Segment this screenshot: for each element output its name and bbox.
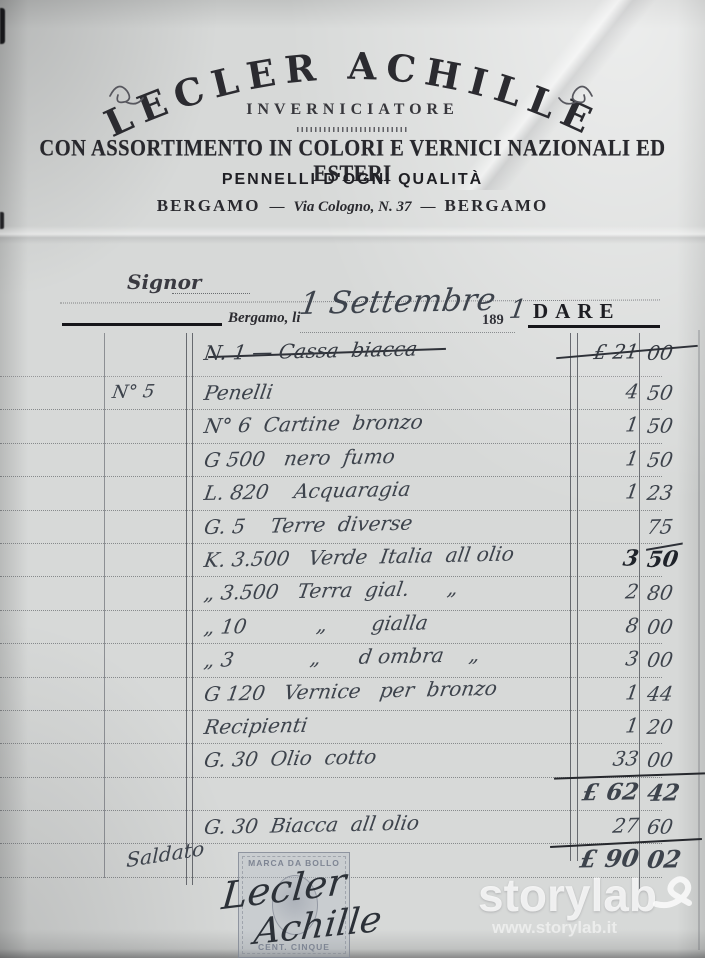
row-desc: „ 3.500 Terra gial. „ [202, 571, 570, 609]
invoice-document: LECLER ACHILLE INVERNICIATORE CON ASSORT… [0, 0, 705, 958]
street-address: Via Cologno, N. 37 [294, 199, 412, 215]
row-lire: 3 [552, 643, 641, 675]
paper-fold-line [0, 226, 705, 244]
row-desc: G 120 Vernice per bronzo [202, 671, 570, 709]
row-margin [110, 610, 184, 612]
row-cent: 00 [645, 337, 702, 368]
invoice-row: N. 1 — Cassa biacca£ 2100 [0, 337, 705, 377]
row-cent: 00 [645, 744, 702, 775]
city-left: BERGAMO [157, 196, 261, 215]
row-margin [110, 811, 184, 813]
row-cent: 50 [645, 410, 702, 441]
dash-separator: — [415, 199, 440, 215]
handwritten-year-digit: 1 [507, 295, 528, 325]
row-margin [110, 477, 184, 479]
row-desc: G. 30 Biacca all olio [202, 805, 570, 843]
row-desc: N° 6 Cartine bronzo [202, 404, 570, 442]
invoice-row: G. 30 Olio cotto3300 [0, 744, 705, 777]
dotted-divider [297, 127, 409, 132]
dash-separator: — [265, 199, 290, 215]
invoice-row: G. 30 Biacca all olio2760 [0, 811, 705, 844]
invoice-row: £ 6242 [0, 778, 705, 811]
row-desc: Recipienti [202, 704, 570, 742]
invoice-row: G. 5 Terre diverse75 [0, 511, 705, 544]
row-desc: N. 1 — Cassa biacca [202, 330, 570, 368]
row-margin: N° 5 [110, 376, 189, 408]
watermark-brand: storylab [478, 868, 657, 922]
invoice-row: N° 6 Cartine bronzo150 [0, 410, 705, 443]
pennelli-line: PENNELLI D'OGNI QUALITÀ [0, 171, 705, 189]
row-cent: 50 [645, 544, 702, 575]
printed-year: 189 [482, 312, 504, 329]
row-cent: 42 [645, 778, 702, 809]
invoice-row: K. 3.500 Verde Italia all olio350 [0, 544, 705, 577]
row-lire: 33 [552, 744, 641, 776]
row-cent: 50 [645, 377, 702, 408]
row-desc: G. 30 Olio cotto [202, 738, 570, 776]
row-desc: „ 3 „ d ombra „ [202, 638, 570, 676]
row-cent: 00 [645, 611, 702, 642]
row-margin [110, 677, 184, 679]
row-margin [110, 577, 184, 579]
row-cent: 50 [645, 444, 702, 475]
place-date-label: Bergamo, li [228, 310, 301, 327]
row-desc: L. 820 Acquaragia [202, 471, 570, 509]
date-rule-right [528, 325, 660, 328]
city-right: BERGAMO [444, 196, 548, 215]
signor-fill-line [172, 292, 250, 294]
dare-column-header: DARE [533, 299, 621, 324]
row-cent: 80 [645, 577, 702, 608]
row-lire: 27 [552, 810, 641, 842]
row-margin [110, 410, 184, 412]
scan-edge-shadow [0, 949, 705, 958]
invoice-row: L. 820 Acquaragia123 [0, 477, 705, 510]
row-margin [110, 543, 184, 545]
storylab-pen-icon [652, 870, 696, 910]
row-desc: K. 3.500 Verde Italia all olio [202, 537, 570, 575]
signor-label: Signor [127, 270, 201, 294]
invoice-row: „ 10 „ gialla800 [0, 611, 705, 644]
invoice-row: „ 3 „ d ombra „300 [0, 644, 705, 677]
row-cent: 75 [645, 510, 702, 541]
invoice-row: „ 3.500 Terra gial. „280 [0, 577, 705, 610]
row-desc: Penelli [202, 370, 570, 408]
row-cent: 44 [645, 677, 702, 708]
row-desc: G 500 nero fumo [202, 437, 570, 475]
row-margin [110, 443, 184, 445]
invoice-rows: N. 1 — Cassa biacca£ 2100N° 5Penelli450N… [0, 337, 705, 878]
profession-title: INVERNICIATORE [0, 101, 705, 119]
watermark-url: www.storylab.it [492, 918, 617, 938]
row-cent: 60 [645, 811, 702, 842]
invoice-row: Recipienti120 [0, 711, 705, 744]
row-lire: 1 [552, 476, 641, 508]
invoice-row: N° 5Penelli450 [0, 377, 705, 410]
row-margin [110, 510, 184, 512]
row-lire: £ 21 [552, 336, 641, 368]
handwritten-date: 1 Settembre [297, 282, 498, 322]
row-cent: 20 [645, 711, 702, 742]
row-margin [110, 336, 184, 338]
row-margin [110, 710, 184, 712]
invoice-row: G 120 Vernice per bronzo144 [0, 678, 705, 711]
date-rule-left [62, 323, 222, 326]
row-margin [110, 777, 184, 779]
invoice-row: G 500 nero fumo150 [0, 444, 705, 477]
row-desc: „ 10 „ gialla [202, 604, 570, 642]
row-cent: 00 [645, 644, 702, 675]
address-line: BERGAMO — Via Cologno, N. 37 — BERGAMO [0, 196, 705, 216]
row-cent: 23 [645, 477, 702, 508]
row-desc: G. 5 Terre diverse [202, 504, 570, 542]
row-margin [110, 744, 184, 746]
row-margin [110, 644, 184, 646]
